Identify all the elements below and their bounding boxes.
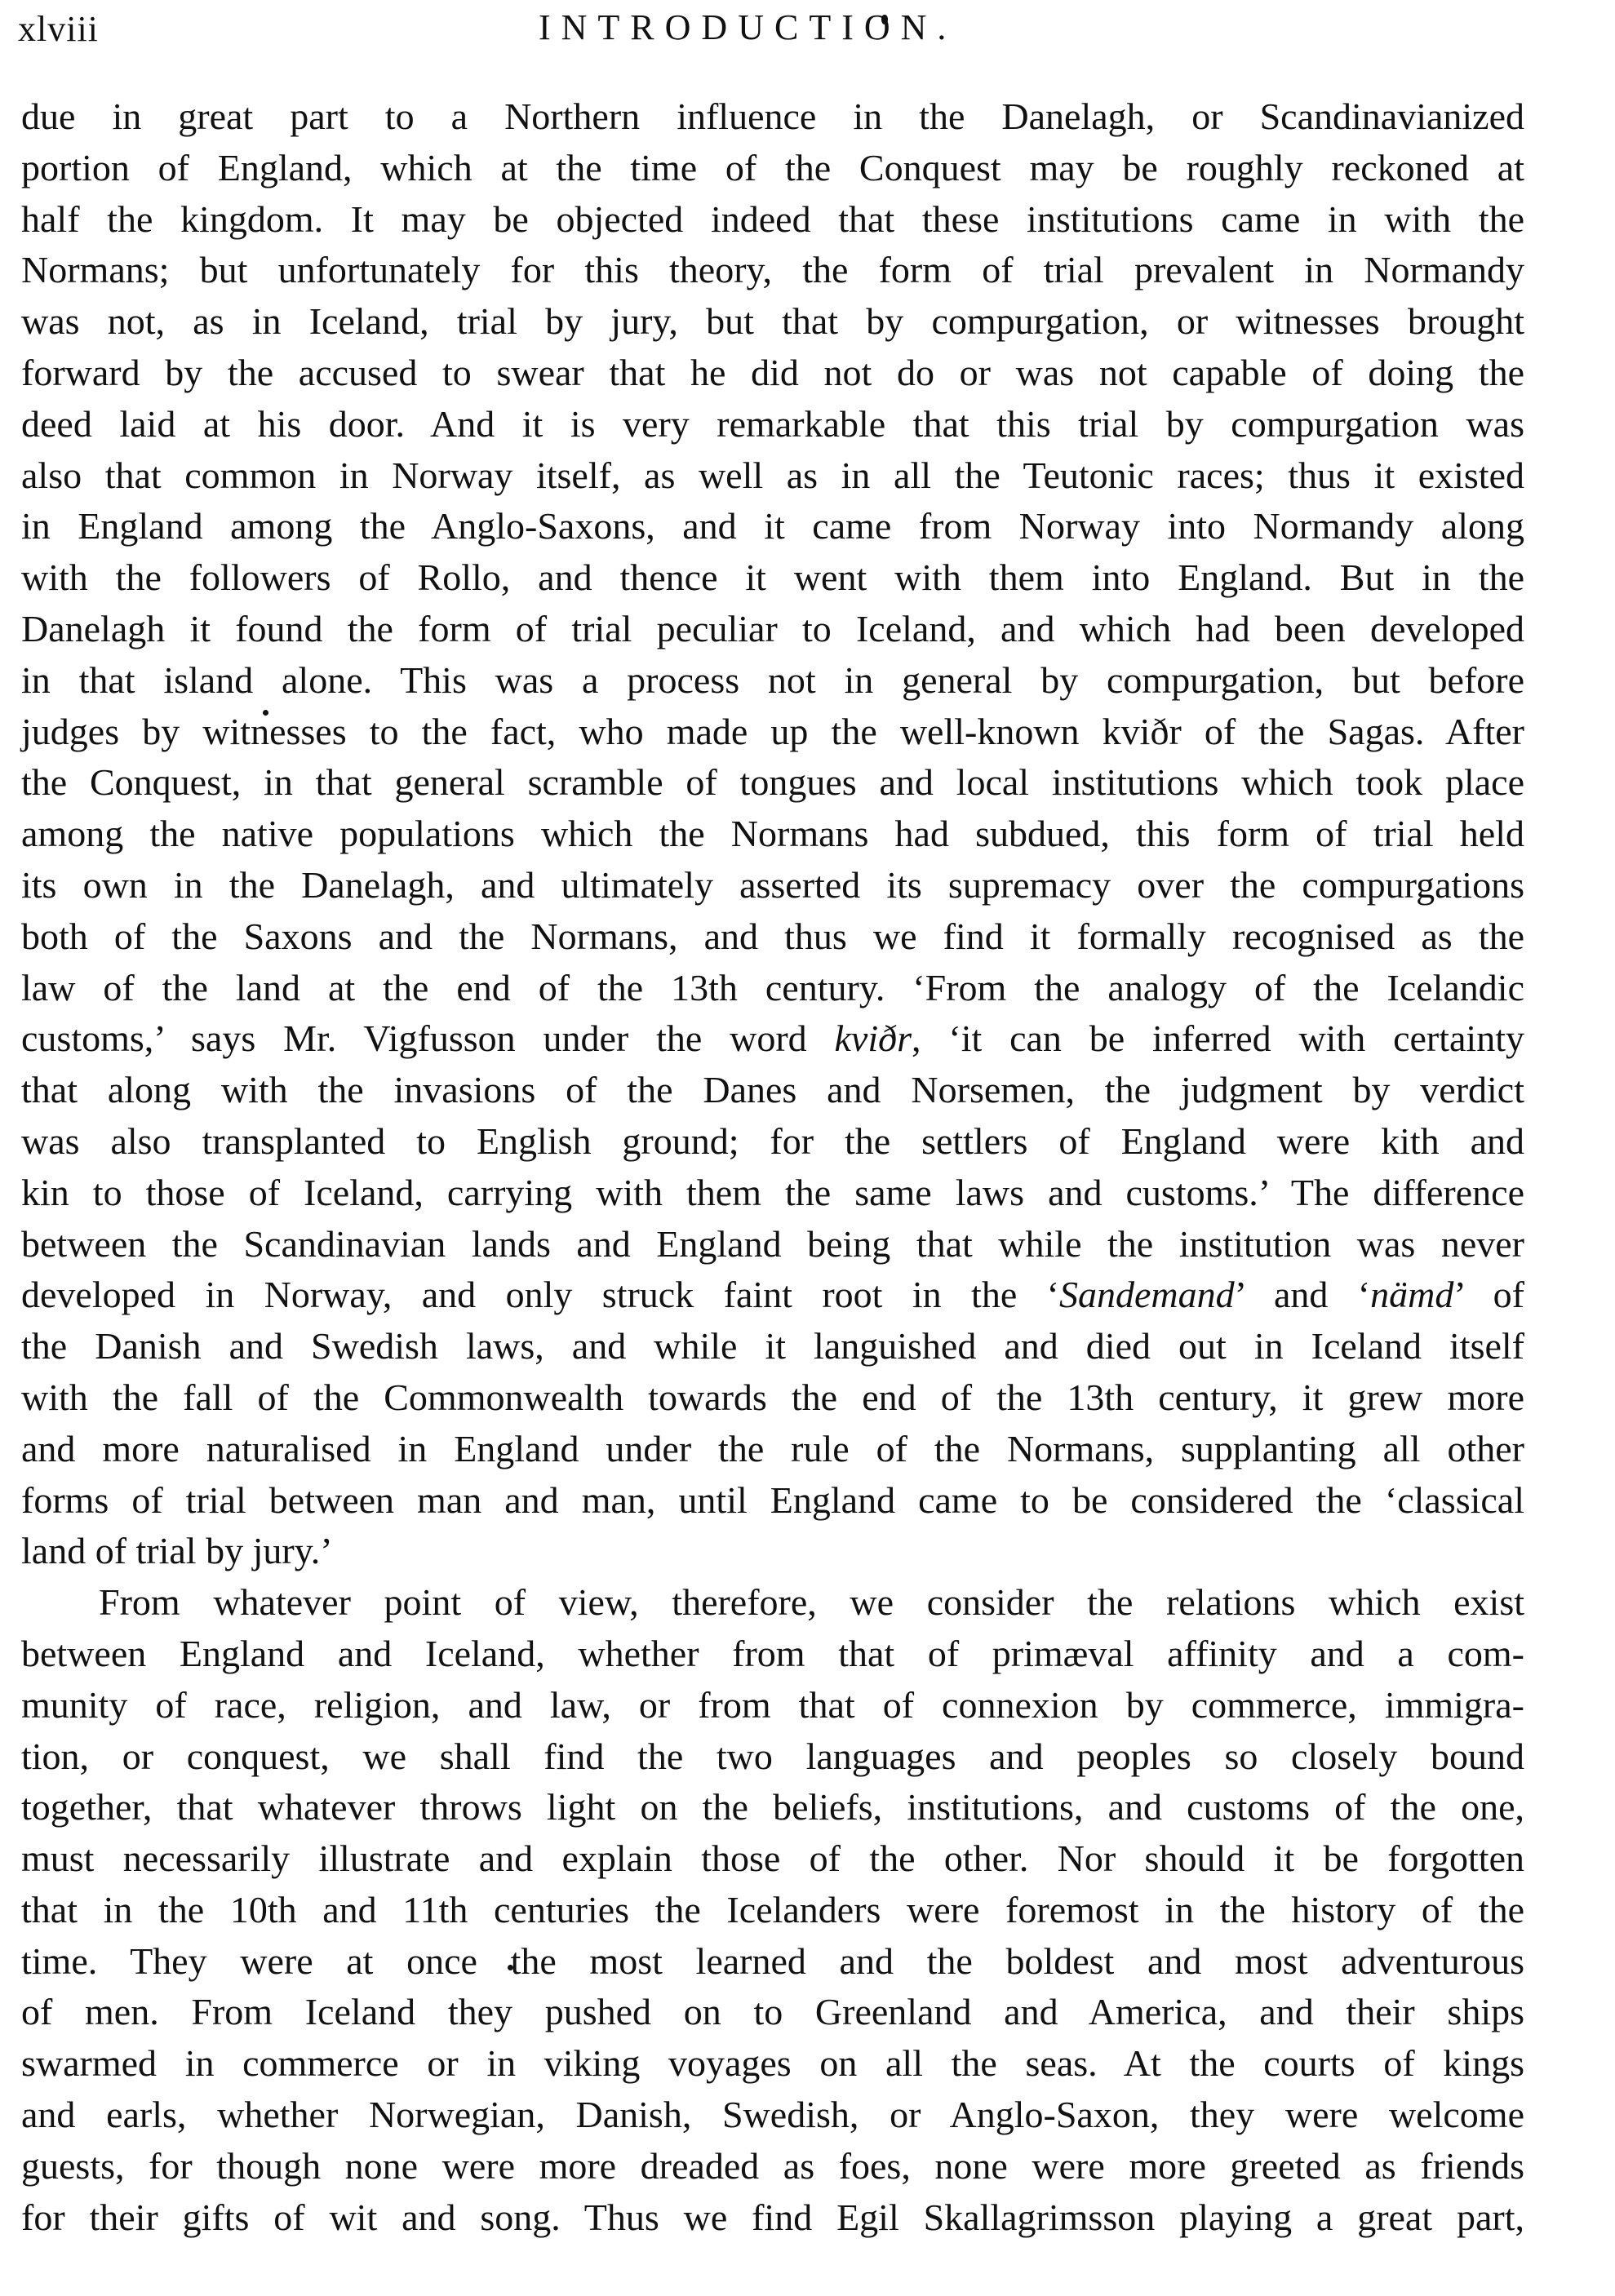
text-line: with the followers of Rollo, and thence … (21, 552, 1524, 604)
text-line: was not, as in Iceland, trial by jury, b… (21, 296, 1524, 348)
text-line: half the kingdom. It may be objected ind… (21, 194, 1524, 246)
text-line: forms of trial between man and man, unti… (21, 1475, 1524, 1527)
text-line: land of trial by jury.’ (21, 1526, 1524, 1577)
scan-artifact-dot (508, 1965, 513, 1970)
text-line: munity of race, religion, and law, or fr… (21, 1680, 1524, 1731)
text-line: law of the land at the end of the 13th c… (21, 963, 1524, 1014)
italic-term: kviðr (835, 1017, 912, 1059)
scan-artifact-dot (263, 710, 268, 716)
text-line: both of the Saxons and the Normans, and … (21, 911, 1524, 963)
text-run: ’ and ‘ (1235, 1274, 1370, 1315)
text-line: judges by witnesses to the fact, who mad… (21, 707, 1524, 758)
text-run: developed in Norway, and only struck fai… (21, 1274, 1059, 1315)
text-line: also that common in Norway itself, as we… (21, 450, 1524, 502)
text-line: together, that whatever throws light on … (21, 1782, 1524, 1833)
text-line: tion, or conquest, we shall find the two… (21, 1731, 1524, 1783)
text-run: , ‘it can be inferred with certainty (912, 1017, 1524, 1059)
text-run: customs,’ says Mr. Vigfusson under the w… (21, 1017, 835, 1059)
text-line: between England and Iceland, whether fro… (21, 1629, 1524, 1680)
text-line: time. They were at once the most learned… (21, 1936, 1524, 1988)
text-line: and more naturalised in England under th… (21, 1424, 1524, 1475)
running-head: INTRODUCTION. (539, 5, 956, 51)
text-line-with-italic: customs,’ says Mr. Vigfusson under the w… (21, 1013, 1524, 1065)
text-line: guests, for though none were more dreade… (21, 2141, 1524, 2192)
italic-term: nämd (1370, 1274, 1453, 1315)
paragraph: From whatever point of view, therefore, … (21, 1577, 1524, 2243)
text-line: of men. From Iceland they pushed on to G… (21, 1987, 1524, 2038)
text-line: forward by the accused to swear that he … (21, 348, 1524, 399)
text-line: Danelagh it found the form of trial pecu… (21, 604, 1524, 655)
body-text: due in great part to a Northern influenc… (21, 91, 1524, 2243)
text-line: deed laid at his door. And it is very re… (21, 399, 1524, 450)
text-line: kin to those of Iceland, carrying with t… (21, 1168, 1524, 1219)
text-line: Normans; but unfortunately for this theo… (21, 245, 1524, 296)
text-line: and earls, whether Norwegian, Danish, Sw… (21, 2090, 1524, 2141)
text-run: ’ of (1453, 1274, 1524, 1315)
text-line: for their gifts of wit and song. Thus we… (21, 2192, 1524, 2244)
text-line: must necessarily illustrate and explain … (21, 1833, 1524, 1885)
printer-mark-icon (881, 15, 888, 24)
text-line: From whatever point of view, therefore, … (21, 1577, 1524, 1629)
text-line: that in the 10th and 11th centuries the … (21, 1885, 1524, 1936)
text-line-with-italic: developed in Norway, and only struck fai… (21, 1270, 1524, 1321)
text-line: between the Scandinavian lands and Engla… (21, 1219, 1524, 1270)
text-line: swarmed in commerce or in viking voyages… (21, 2038, 1524, 2090)
paragraph: due in great part to a Northern influenc… (21, 91, 1524, 1577)
text-line: portion of England, which at the time of… (21, 143, 1524, 194)
page-header: xlviii INTRODUCTION. (0, 0, 1615, 65)
text-line: its own in the Danelagh, and ultimately … (21, 860, 1524, 911)
text-line: the Danish and Swedish laws, and while i… (21, 1321, 1524, 1372)
text-line: in that island alone. This was a process… (21, 655, 1524, 707)
text-line: with the fall of the Commonwealth toward… (21, 1372, 1524, 1424)
text-line: the Conquest, in that general scramble o… (21, 757, 1524, 809)
italic-term: Sandemand (1059, 1274, 1235, 1315)
page-number: xlviii (18, 7, 99, 52)
text-line: among the native populations which the N… (21, 809, 1524, 860)
text-line: due in great part to a Northern influenc… (21, 91, 1524, 143)
text-line: in England among the Anglo-Saxons, and i… (21, 501, 1524, 552)
text-line: was also transplanted to English ground;… (21, 1116, 1524, 1168)
text-line: that along with the invasions of the Dan… (21, 1065, 1524, 1116)
